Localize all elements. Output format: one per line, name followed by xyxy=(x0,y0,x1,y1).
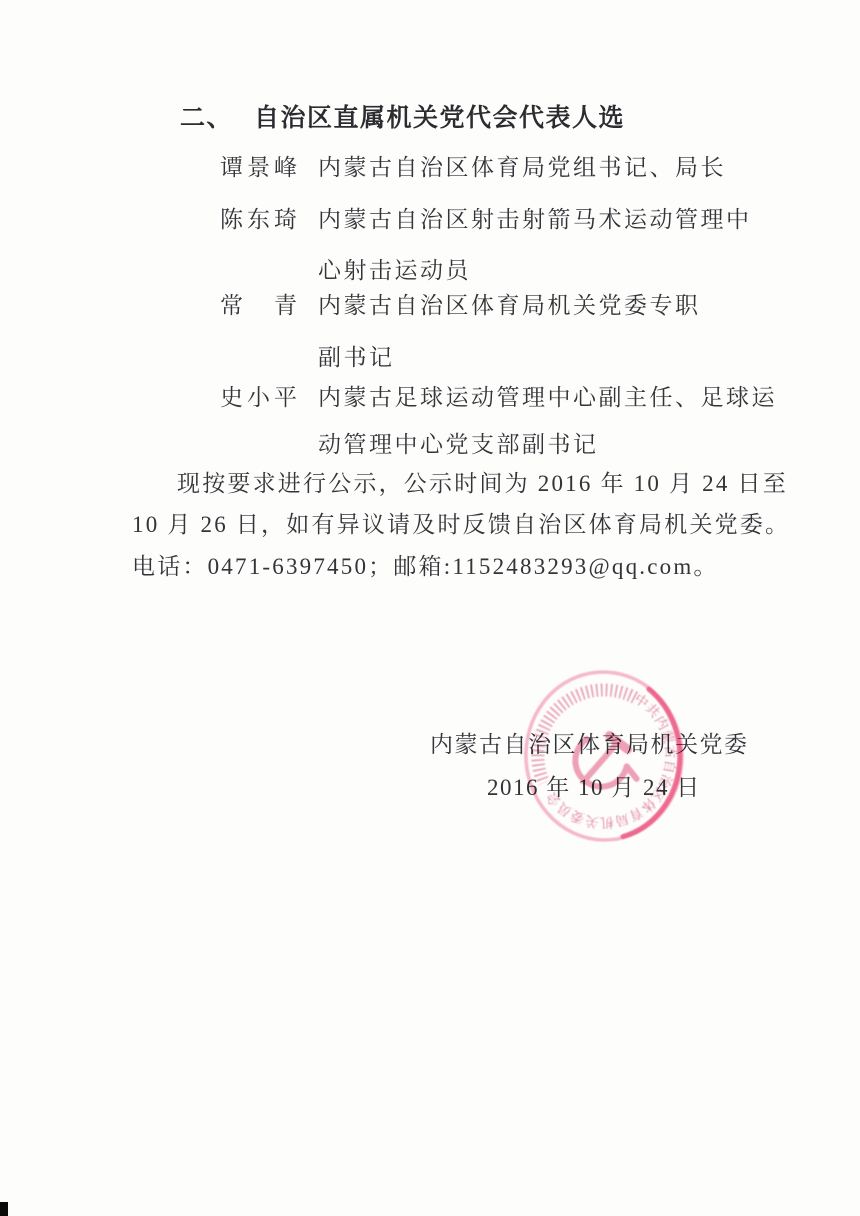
section-heading: 二、 自治区直属机关党代会代表人选 xyxy=(180,103,625,133)
candidate-name: 常 青 xyxy=(220,292,301,321)
signature-organization: 内蒙古自治区体育局机关党委 xyxy=(430,726,749,759)
candidate-title: 内蒙古自治区射击射箭马术运动管理中 xyxy=(318,206,752,235)
candidate-title: 动管理中心党支部副书记 xyxy=(318,431,599,460)
seal-inscription-text: 中共内蒙古自治区体育局机关委员会 xyxy=(536,688,684,835)
section-title: 自治区直属机关党代会代表人选 xyxy=(254,103,625,133)
notice-contact-line: 电话：0471-6397450；邮箱:1152483293@qq.com。 xyxy=(132,553,719,582)
scan-artifact-corner-mark xyxy=(0,1202,8,1216)
section-number: 二、 xyxy=(180,103,233,133)
candidate-title: 内蒙古自治区体育局机关党委专职 xyxy=(318,292,701,321)
candidate-title: 内蒙古足球运动管理中心副主任、足球运 xyxy=(318,384,777,413)
candidate-name: 史小平 xyxy=(220,384,301,413)
candidate-title: 心射击运动员 xyxy=(318,257,471,286)
notice-paragraph-line: 现按要求进行公示，公示时间为 2016 年 10 月 24 日至 xyxy=(177,470,788,499)
candidate-title: 副书记 xyxy=(318,344,395,373)
notice-paragraph-line: 10 月 26 日，如有异议请及时反馈自治区体育局机关党委。 xyxy=(132,511,790,540)
candidate-title: 内蒙古自治区体育局党组书记、局长 xyxy=(318,154,726,183)
candidate-name: 谭景峰 xyxy=(220,154,301,183)
scanned-document-page: 二、 自治区直属机关党代会代表人选 谭景峰 内蒙古自治区体育局党组书记、局长 陈… xyxy=(0,0,860,1216)
seal-ring-strong-arc xyxy=(613,687,685,836)
signature-date: 2016 年 10 月 24 日 xyxy=(487,769,701,802)
candidate-name: 陈东琦 xyxy=(220,206,301,235)
